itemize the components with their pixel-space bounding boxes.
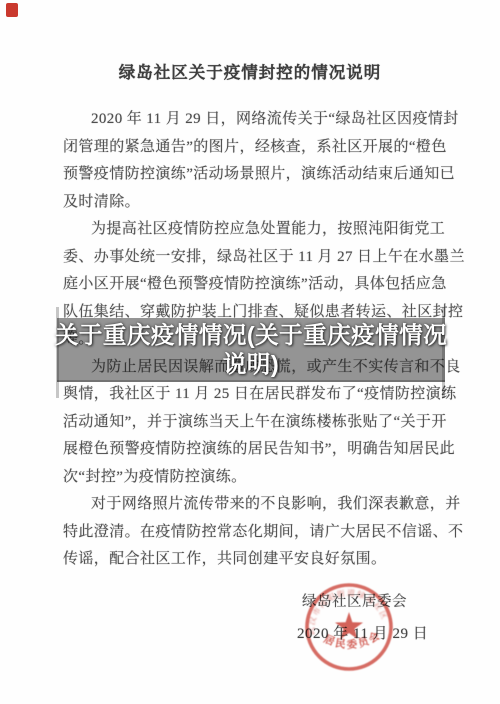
scanned-notice-page: 绿岛社区关于疫情封控的情况说明 2020 年 11 月 29 日，网络流传关于“… bbox=[0, 0, 500, 704]
body-line: 闭管理的紧急通告”的图片，经核查，系社区开展的“橙色 bbox=[63, 134, 448, 162]
seal-star-icon bbox=[335, 612, 363, 639]
body-line: 为提高社区疫情防控应急处置能力，按照沌阳街党工 bbox=[63, 216, 448, 244]
caption-line-1: 关于重庆疫情情况(关于重庆疫情情况 bbox=[55, 321, 447, 350]
body-line: 展橙色预警疫情防控演练的居民告知书”，明确告知居民此 bbox=[63, 436, 448, 464]
body-line: 次“封控”为疫情防控演练。 bbox=[63, 464, 448, 492]
body-line: 活动通知”，并于演练当天上午在演练楼栋张贴了“关于开 bbox=[63, 409, 448, 437]
caption-overlay: 关于重庆疫情情况(关于重庆疫情情况 说明) bbox=[57, 318, 445, 382]
caption-line-2: 说明) bbox=[223, 350, 279, 379]
body-line: 2020 年 11 月 29 日，网络流传关于“绿岛社区因疫情封 bbox=[63, 106, 448, 134]
body-line: 预警疫情防控演练”活动场景照片，演练活动结束后通知已 bbox=[63, 161, 448, 189]
official-red-seal-icon: 武汉市沌阳街道绿岛社区 居民委员会 bbox=[301, 579, 397, 675]
body-line: 特此澄清。在疫情防控常态化期间，请广大居民不信谣、不 bbox=[63, 519, 448, 547]
body-line: 庭小区开展“橙色预警疫情防控演练”活动，具体包括应急 bbox=[63, 271, 448, 299]
red-corner-mark bbox=[6, 3, 18, 17]
body-line: 委、办事处统一安排，绿岛社区于 11 月 27 日上午在水墨兰 bbox=[63, 244, 448, 272]
body-line: 传谣，配合社区工作，共同创建平安良好氛围。 bbox=[63, 546, 448, 574]
body-line: 对于网络照片流传带来的不良影响，我们深表歉意，并 bbox=[63, 491, 448, 519]
document-title: 绿岛社区关于疫情封控的情况说明 bbox=[0, 59, 500, 83]
body-line: 舆情，我社区于 11 月 25 日在居民群发布了“疫情防控演练 bbox=[63, 381, 448, 409]
body-line: 及时清除。 bbox=[63, 189, 448, 217]
